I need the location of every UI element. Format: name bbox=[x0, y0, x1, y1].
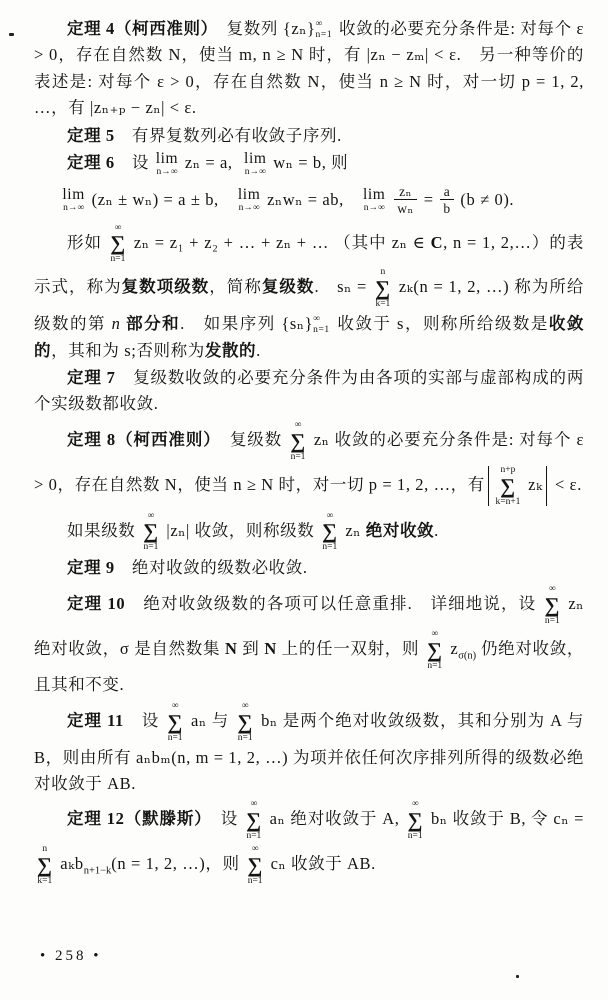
text-run: bₙ 收敛于 B, 令 cₙ = bbox=[426, 810, 589, 829]
bold-text-run: 绝对收敛 bbox=[366, 521, 434, 540]
lim-subscript: n→∞ bbox=[156, 167, 177, 177]
lim-subscript: n→∞ bbox=[63, 203, 84, 213]
book-page: 定理 4（柯西准则） 复数列 {zₙ}∞n=1 收敛的必要充分条件是: 对每个 … bbox=[0, 0, 608, 888]
sigma-icon: ∑ bbox=[427, 640, 443, 661]
text-run: zₖ bbox=[523, 475, 542, 494]
sigma-icon: ∑ bbox=[322, 521, 338, 542]
sigma-icon: ∑ bbox=[110, 233, 126, 254]
bold-text-run: 发散的 bbox=[205, 341, 256, 360]
sigma-icon: ∑ bbox=[237, 712, 253, 733]
text-run: (n = 1, 2, …)，则 bbox=[111, 854, 244, 873]
sum-lower-limit: n=1 bbox=[427, 661, 442, 672]
limit-symbol: limn→∞ bbox=[238, 187, 260, 214]
text-run: 绝对收敛的级数必收敛. bbox=[115, 558, 308, 577]
theorem-4: 定理 4（柯西准则） 复数列 {zₙ}∞n=1 收敛的必要充分条件是: 对每个 … bbox=[34, 16, 584, 122]
sum-lower-limit: k=1 bbox=[375, 299, 390, 310]
text-run: 有界复数列必有收敛子序列. bbox=[115, 126, 342, 145]
subscript: σ(n) bbox=[458, 650, 476, 661]
abs-bar-icon bbox=[488, 466, 490, 506]
text-run: |zₙ| 收敛，则称级数 bbox=[162, 521, 319, 540]
sum-lower-limit: n=1 bbox=[291, 452, 306, 463]
sum-symbol: ∞∑n=1 bbox=[143, 511, 159, 554]
scan-speck bbox=[9, 33, 14, 36]
theorem-9: 定理 9 绝对收敛的级数必收敛. bbox=[34, 555, 584, 581]
superscript: ∞ bbox=[316, 19, 323, 30]
text-run bbox=[387, 189, 392, 208]
sum-symbol: ∞∑n=1 bbox=[407, 799, 423, 842]
lim-word: lim bbox=[238, 187, 260, 203]
text-run: 设 bbox=[124, 711, 164, 730]
theorem-6-formula: limn→∞ (zₙ ± wₙ) = a ± b, limn→∞ zₙwₙ = … bbox=[34, 184, 584, 218]
sum-lower-limit: k=1 bbox=[37, 876, 52, 887]
sum-symbol: ∞∑n=1 bbox=[110, 223, 126, 266]
bold-text-run: 定理 9 bbox=[67, 558, 115, 577]
bold-text-run: 部分和 bbox=[126, 314, 180, 333]
text-run: zₙwₙ = ab, bbox=[262, 189, 361, 208]
sigma-icon: ∑ bbox=[545, 595, 561, 616]
numerator: zₙ bbox=[396, 184, 415, 200]
bold-text-run: 定理 7 bbox=[67, 368, 116, 387]
sum-symbol: n+p∑k=n+1 bbox=[495, 465, 520, 508]
sup-sub-stack: ∞n=1 bbox=[313, 314, 330, 337]
sum-symbol: ∞∑n=1 bbox=[322, 511, 338, 554]
denominator: wₙ bbox=[394, 199, 417, 218]
lim-subscript: n→∞ bbox=[364, 203, 385, 213]
theorem-11: 定理 11 设 ∞∑n=1 aₙ 与 ∞∑n=1 bₙ 是两个绝对收敛级数，其和… bbox=[34, 700, 584, 798]
bold-text-run: 定理 6 bbox=[67, 153, 115, 172]
sigma-icon: ∑ bbox=[143, 521, 159, 542]
subscript: n=1 bbox=[313, 325, 330, 336]
superscript: ∞ bbox=[313, 314, 320, 325]
sigma-icon: ∑ bbox=[246, 810, 262, 831]
limit-symbol: limn→∞ bbox=[363, 187, 385, 214]
text-run: (b ≠ 0). bbox=[456, 189, 514, 208]
subscript: n+1−k bbox=[84, 866, 112, 877]
theorem-8: 定理 8（柯西准则） 复级数 ∞∑n=1 zₙ 收敛的必要充分条件是: 对每个 … bbox=[34, 419, 584, 509]
text-run: aₙ 绝对收敛于 A, bbox=[265, 810, 405, 829]
text-run: z bbox=[446, 639, 459, 658]
theorem-10: 定理 10 绝对收敛级数的各项可以任意重排. 详细地说，设 ∞∑n=1 zₙ 绝… bbox=[34, 583, 584, 699]
bold-text-run: 定理 5 bbox=[67, 126, 115, 145]
sigma-icon: ∑ bbox=[500, 476, 516, 497]
sigma-icon: ∑ bbox=[290, 431, 306, 452]
lim-word: lim bbox=[62, 187, 84, 203]
text-run: 设 bbox=[203, 810, 243, 829]
fraction: ab bbox=[440, 184, 453, 218]
text-run: 到 bbox=[238, 639, 265, 658]
sum-symbol: ∞∑n=1 bbox=[427, 629, 443, 672]
sum-lower-limit: n=1 bbox=[408, 831, 423, 842]
absolute-convergence-definition: 如果级数 ∞∑n=1 |zₙ| 收敛，则称级数 ∞∑n=1 zₙ 绝对收敛. bbox=[34, 510, 584, 555]
sum-lower-limit: n=1 bbox=[246, 831, 261, 842]
sum-lower-limit: n=1 bbox=[238, 733, 253, 744]
sum-lower-limit: n=1 bbox=[111, 254, 126, 265]
sum-symbol: n∑k=1 bbox=[37, 844, 53, 887]
theorem-12: 定理 12（默滕斯） 设 ∞∑n=1 aₙ 绝对收敛于 A, ∞∑n=1 bₙ … bbox=[34, 798, 584, 888]
sum-lower-limit: n=1 bbox=[168, 733, 183, 744]
sigma-icon: ∑ bbox=[407, 810, 423, 831]
sum-symbol: ∞∑n=1 bbox=[247, 844, 263, 887]
sum-symbol: n∑k=1 bbox=[375, 267, 391, 310]
document-body: 定理 4（柯西准则） 复数列 {zₙ}∞n=1 收敛的必要充分条件是: 对每个 … bbox=[34, 16, 584, 888]
bold-text-run: N bbox=[225, 639, 238, 658]
text-run: 如果级数 bbox=[67, 521, 140, 540]
theorem-5: 定理 5 有界复数列必有收敛子序列. bbox=[34, 123, 584, 149]
text-run: 形如 bbox=[67, 233, 107, 252]
scan-speck bbox=[516, 975, 519, 978]
sum-lower-limit: n=1 bbox=[545, 616, 560, 627]
lim-subscript: n→∞ bbox=[245, 167, 266, 177]
subscript: n=1 bbox=[316, 30, 333, 41]
bold-text-run: 复级数 bbox=[262, 278, 315, 297]
text-run: aₖb bbox=[56, 854, 84, 873]
text-run: = bbox=[419, 189, 438, 208]
theorem-6: 定理 6 设 limn→∞ zₙ = a, limn→∞ wₙ = b, 则 bbox=[34, 150, 584, 178]
text-run: 复级数收敛的必要充分条件为由各项的实部与虚部构成的两个实级数都收敛. bbox=[34, 368, 584, 413]
sum-symbol: ∞∑n=1 bbox=[237, 701, 253, 744]
text-run: wₙ = b, 则 bbox=[269, 153, 349, 172]
text-run: . bbox=[434, 521, 439, 540]
bold-text-run: 定理 12（默滕斯） bbox=[67, 810, 203, 829]
sum-lower-limit: n=1 bbox=[143, 542, 158, 553]
text-run: ，其和为 s;否则称为 bbox=[51, 341, 205, 360]
denominator: b bbox=[440, 199, 453, 218]
sum-symbol: ∞∑n=1 bbox=[246, 799, 262, 842]
text-run: cₙ 收敛于 AB. bbox=[266, 854, 376, 873]
sigma-icon: ∑ bbox=[375, 278, 391, 299]
theorem-7: 定理 7 复级数收敛的必要充分条件为由各项的实部与虚部构成的两个实级数都收敛. bbox=[34, 365, 584, 418]
limit-symbol: limn→∞ bbox=[156, 151, 178, 178]
text-run: ，简称 bbox=[209, 278, 262, 297]
bold-text-run: 复数项级数 bbox=[122, 278, 210, 297]
text-run: . 如果序列 {sₙ} bbox=[180, 314, 313, 333]
text-run: 收敛于 s，则称所给级数是 bbox=[332, 314, 549, 333]
bold-text-run: 定理 8（柯西准则） bbox=[67, 430, 212, 449]
bold-text-run: 定理 10 bbox=[67, 594, 125, 613]
text-run: 设 bbox=[115, 153, 154, 172]
sigma-icon: ∑ bbox=[37, 855, 53, 876]
sum-lower-limit: n=1 bbox=[322, 542, 337, 553]
text-run: zₙ = z₁ + z₂ + … + zₙ + … （其中 zₙ ∈ bbox=[129, 233, 431, 252]
abs-bar-icon bbox=[546, 466, 548, 506]
complex-series-definition: 形如 ∞∑n=1 zₙ = z₁ + z₂ + … + zₙ + … （其中 z… bbox=[34, 222, 584, 364]
text-run: . sₙ = bbox=[314, 278, 372, 297]
text-run: 绝对收敛级数的各项可以任意重排. 详细地说，设 bbox=[125, 594, 541, 613]
bold-text-run: N bbox=[264, 639, 277, 658]
bold-text-run: C bbox=[431, 233, 444, 252]
bold-text-run: 定理 11 bbox=[67, 711, 124, 730]
lim-word: lim bbox=[244, 151, 266, 167]
sum-lower-limit: k=n+1 bbox=[495, 497, 520, 508]
text-run: 上的任一双射，则 bbox=[277, 639, 424, 658]
lim-subscript: n→∞ bbox=[239, 203, 260, 213]
fraction: zₙwₙ bbox=[394, 184, 417, 218]
limit-symbol: limn→∞ bbox=[244, 151, 266, 178]
text-run: . bbox=[256, 341, 261, 360]
page-number: • 258 • bbox=[40, 948, 102, 965]
lim-word: lim bbox=[363, 187, 385, 203]
sum-symbol: ∞∑n=1 bbox=[167, 701, 183, 744]
bold-text-run: 定理 4（柯西准则） bbox=[67, 19, 210, 38]
text-run: aₙ 与 bbox=[186, 711, 234, 730]
text-run: 复级数 bbox=[212, 430, 287, 449]
lim-word: lim bbox=[156, 151, 178, 167]
text-run: zₙ = a, bbox=[180, 153, 242, 172]
sigma-icon: ∑ bbox=[167, 712, 183, 733]
sigma-icon: ∑ bbox=[247, 855, 263, 876]
text-run: 复数列 {zₙ} bbox=[210, 19, 316, 38]
numerator: a bbox=[441, 184, 454, 200]
text-run: < ε. bbox=[550, 475, 582, 494]
sum-symbol: ∞∑n=1 bbox=[290, 420, 306, 463]
text-run: (zₙ ± wₙ) = a ± b, bbox=[87, 189, 236, 208]
sum-symbol: ∞∑n=1 bbox=[545, 584, 561, 627]
sup-sub-stack: ∞n=1 bbox=[316, 19, 333, 42]
sum-lower-limit: n=1 bbox=[248, 876, 263, 887]
limit-symbol: limn→∞ bbox=[62, 187, 84, 214]
text-run: zₙ bbox=[341, 521, 366, 540]
